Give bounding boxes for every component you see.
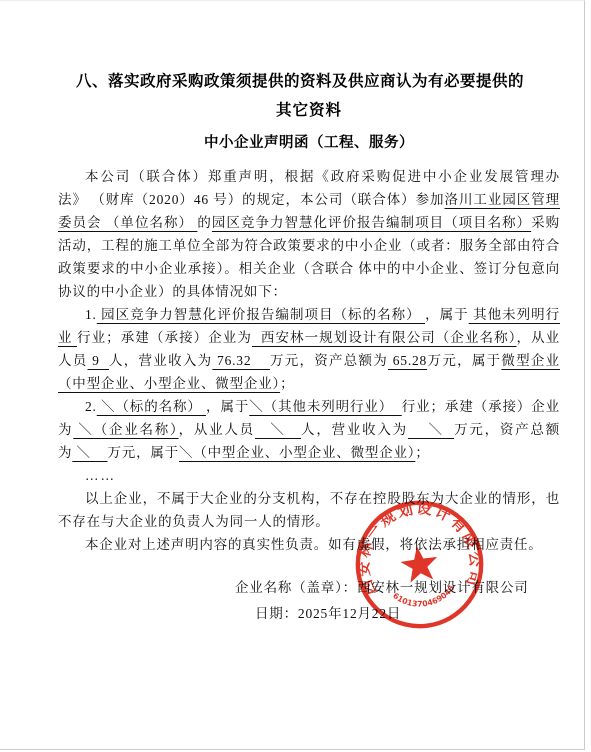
document-page: 八、落实政府采购政策须提供的资料及供应商认为有必要提供的 其它资料 中小企业声明… [0,0,585,750]
date-label: 日期： [255,606,298,621]
text-segment: 万元，属于 [427,353,501,368]
text-segment: 的 [197,215,212,230]
date-value: 2025年12月22日 [298,606,401,621]
section-heading-line1: 八、落实政府采购政策须提供的资料及供应商认为有必要提供的 [58,67,560,96]
document-title: 中小企业声明函（工程、服务） [58,131,560,155]
text-segment: ＼ [255,422,301,437]
text-segment: ＼（企业名称） [73,422,178,437]
text-segment: 万元，资产总额为 [270,353,388,368]
text-segment: 人，营业收入为 [301,422,408,437]
text-segment: ； [280,376,294,391]
ellipsis-line: …… [58,464,560,487]
paragraph-enterprise-item-1: 1. 园区竞争力智慧化评价报告编制项目（标的名称） ，属于 其他未列明行业 行业… [58,303,560,395]
text-segment: ，属于 [206,399,249,414]
text-segment: 园区竞争力智慧化评价报告编制项目（标的名称） [97,307,425,322]
company-seal-label: 企业名称（盖章）： [235,580,357,595]
text-segment: 园区竞争力智慧化评价报告编制项目（项目名称） [212,215,531,230]
text-segment: 西安林一规划设计有限公司（企业名称） [252,330,517,345]
text-segment: ＼（标的名称） [97,399,206,414]
text-segment: ＼（中型企业、小型企业、微型企业） [179,445,415,460]
company-name-value: 西安林一规划设计有限公司 [357,580,529,595]
text-segment: 行业；承建（承接）企业为 [77,330,252,345]
text-segment: 65.28 [388,353,427,368]
text-segment: 万元，属于 [108,445,180,460]
text-segment: ＼（其他未列明行业） [249,399,402,414]
paragraph-enterprise-item-2: 2. ＼（标的名称） ，属于＼（其他未列明行业） 行业；承建（承接）企业为 ＼（… [58,395,560,464]
text-segment: ，从业人员 [179,422,255,437]
section-heading: 八、落实政府采购政策须提供的资料及供应商认为有必要提供的 其它资料 [58,67,560,125]
text-segment: ； [415,445,429,460]
text-segment: ，属于 [425,307,469,322]
text-segment: 2. [85,399,97,414]
text-segment: ＼ [408,422,454,437]
paragraph-declaration-intro: 本公司（联合体）郑重声明，根据《政府采购促进中小企业发展管理办法》 （财库（20… [58,165,560,303]
signature-date-line: 日期：2025年12月22日 [58,603,560,625]
section-heading-line2: 其它资料 [58,96,560,125]
text-segment: 1. [85,307,97,322]
document-content: 八、落实政府采购政策须提供的资料及供应商认为有必要提供的 其它资料 中小企业声明… [0,1,584,625]
paragraph-no-affiliation: 以上企业，不属于大企业的分支机构，不存在控股股东为大企业的情形，也不存在与大企业… [58,487,560,533]
text-segment: 76.32 [212,353,270,368]
text-segment: ＼ [72,445,107,460]
text-segment: 9 [88,353,109,368]
paragraph-responsibility: 本企业对上述声明内容的真实性负责。如有虚假，将依法承担相应责任。 [58,533,560,556]
text-segment: 人，营业收入为 [109,353,212,368]
signature-company-line: 企业名称（盖章）：西安林一规划设计有限公司 [58,577,560,599]
